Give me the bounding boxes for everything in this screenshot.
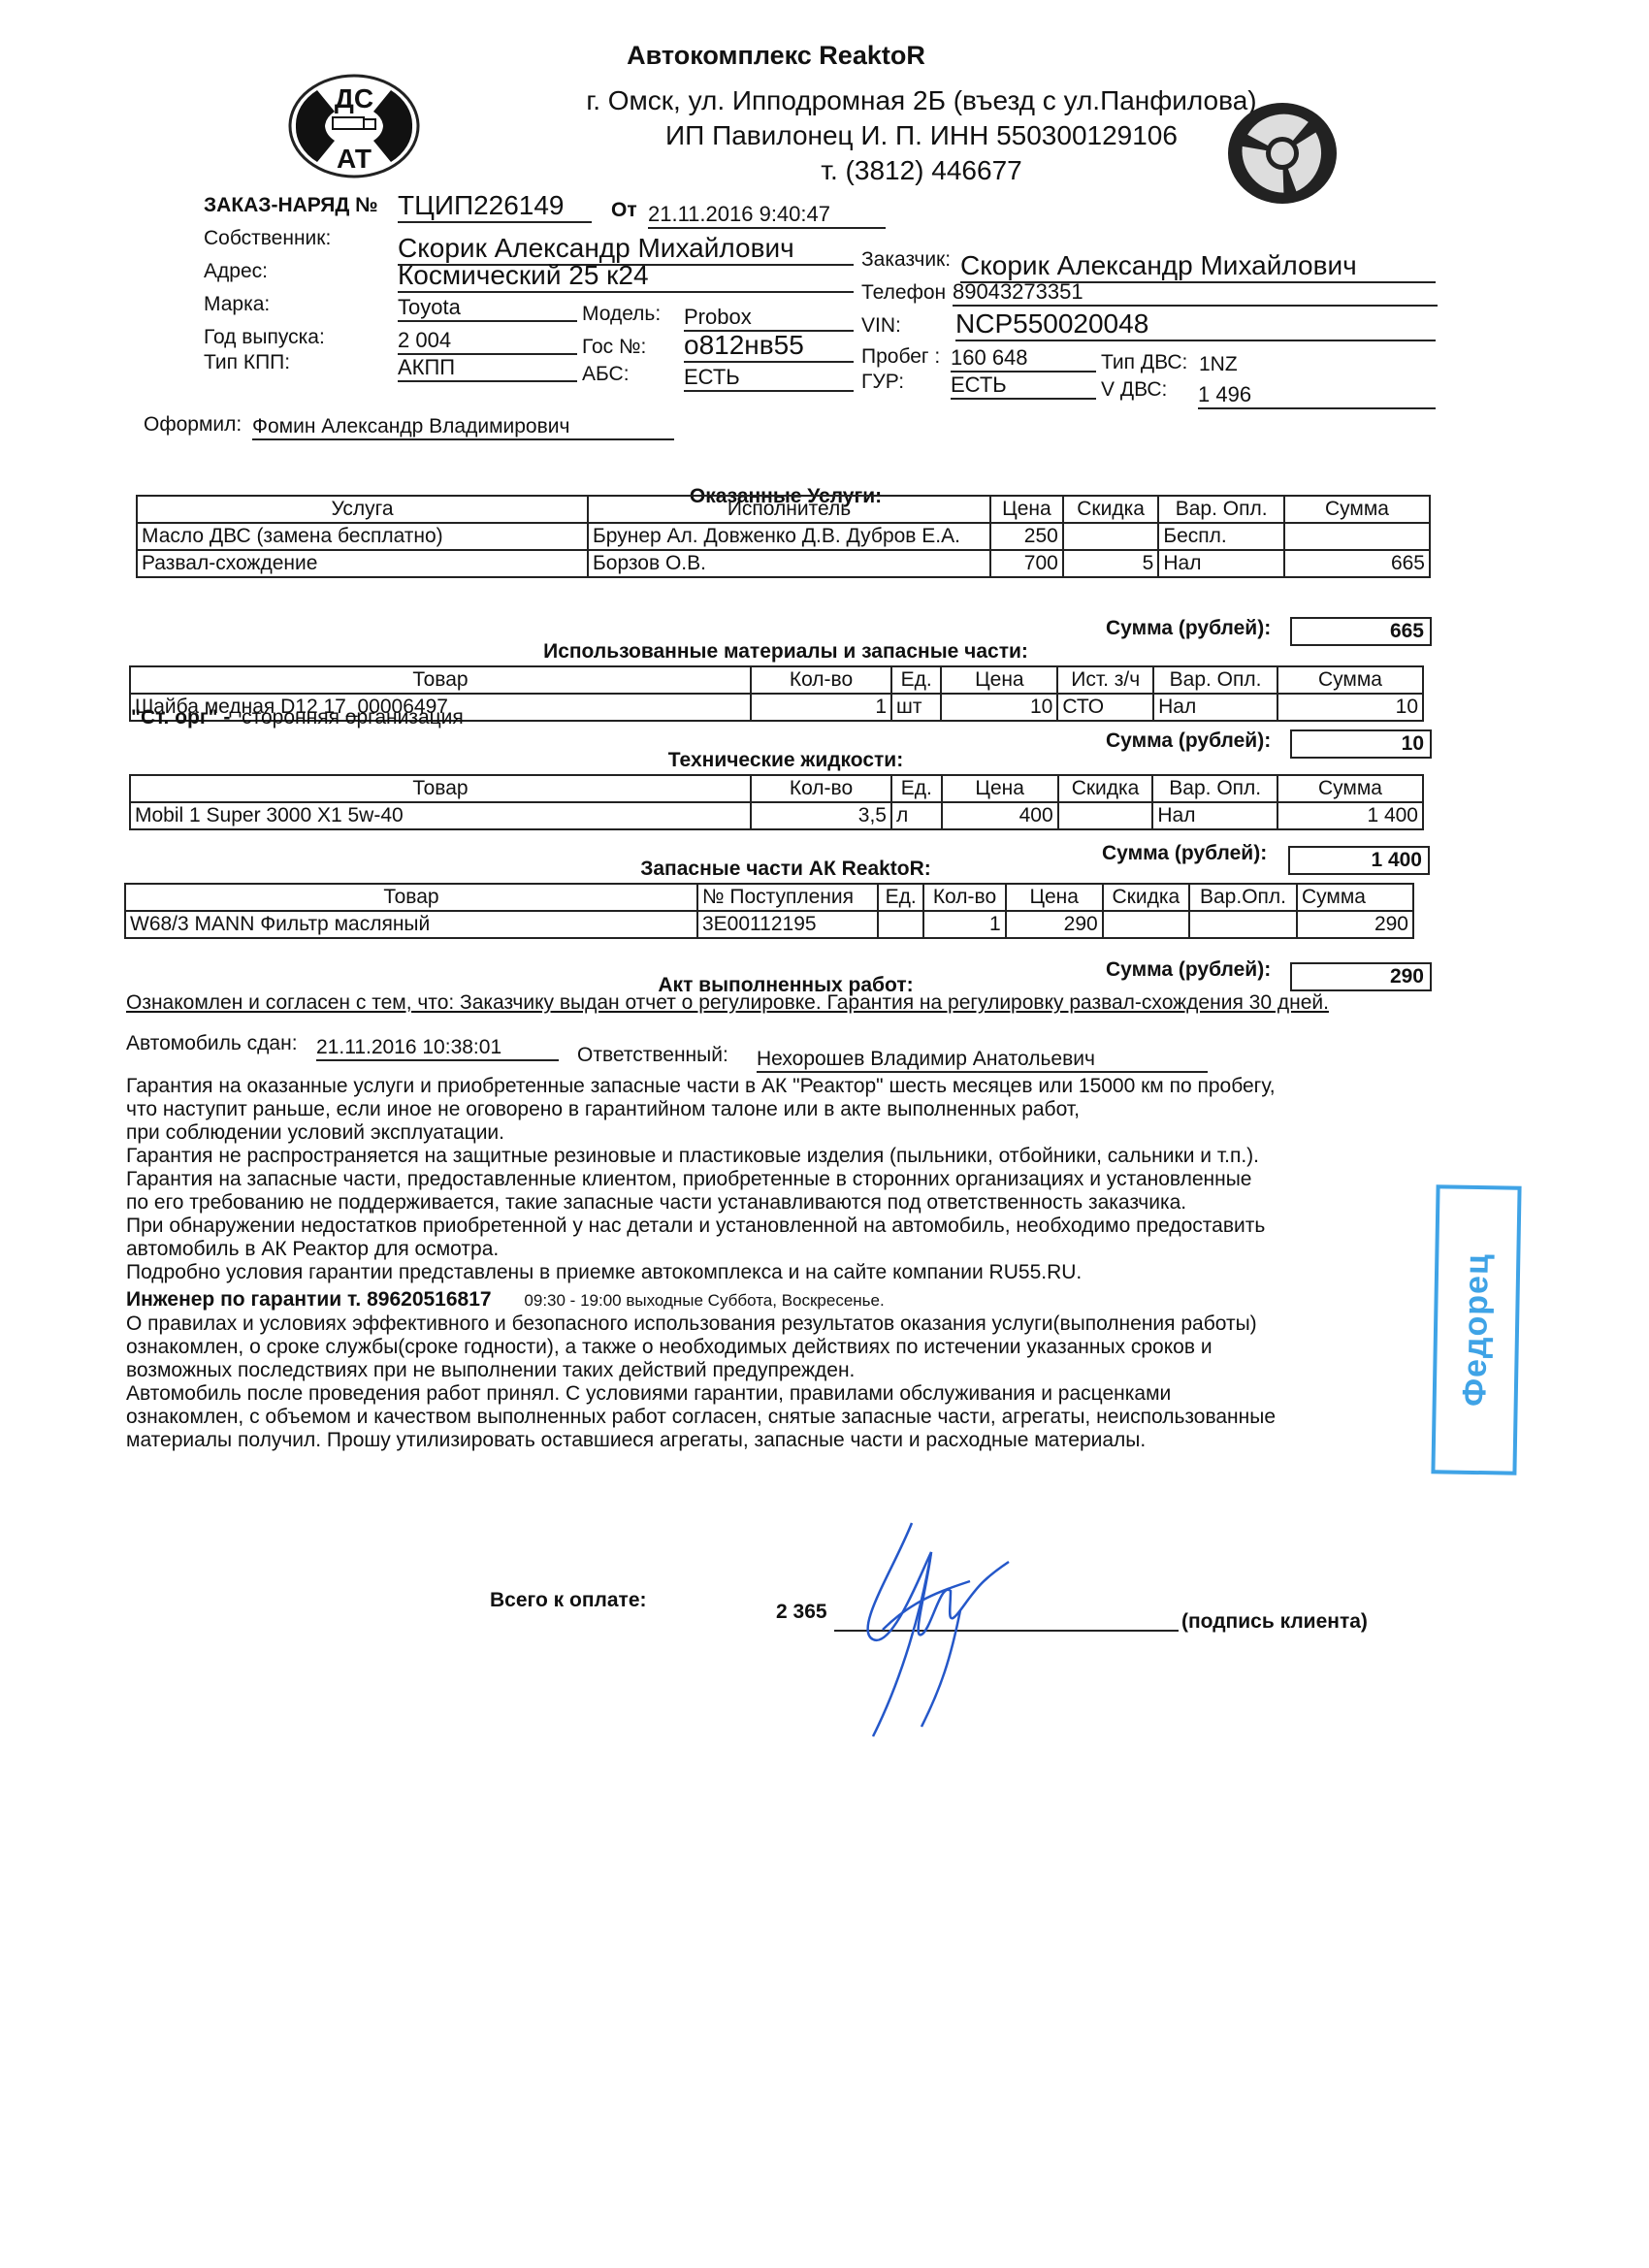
col-header: Услуга — [137, 496, 588, 523]
col-header: Цена — [990, 496, 1063, 523]
svg-text:АТ: АТ — [337, 144, 372, 174]
services-total: 665 — [1290, 617, 1432, 646]
parts-total-label: Сумма (рублей): — [1106, 958, 1271, 982]
vin-label: VIN: — [861, 314, 901, 338]
mileage-value: 160 648 — [951, 345, 1096, 373]
year-value: 2 004 — [398, 328, 577, 355]
gearbox-value: АКПП — [398, 355, 577, 382]
power-steering-label: ГУР: — [861, 371, 904, 394]
materials-title: Использованные материалы и запасные част… — [436, 640, 1135, 664]
stamp-text: Федорец — [1456, 1253, 1497, 1408]
owner-label: Собственник: — [204, 227, 331, 250]
fluids-title: Технические жидкости: — [582, 749, 989, 772]
col-header: Вар. Опл. — [1158, 496, 1284, 523]
engine-volume-label: V ДВС: — [1101, 378, 1167, 402]
plate-value: о812нв55 — [684, 330, 854, 363]
signature-label: (подпись клиента) — [1181, 1610, 1368, 1634]
engineer-phone: Инженер по гарантии т. 89620516817 — [126, 1288, 492, 1311]
col-header: Скидка — [1063, 496, 1159, 523]
col-header: Исполнитель — [588, 496, 990, 523]
table-row: Развал-схождение Борзов О.В. 700 5 Нал 6… — [137, 550, 1430, 577]
make-value: Toyota — [398, 295, 577, 322]
table-row: Масло ДВС (замена бесплатно) Брунер Ал. … — [137, 523, 1430, 550]
abs-label: АБС: — [582, 363, 630, 386]
order-label: ЗАКАЗ-НАРЯД № — [204, 194, 378, 217]
company-name: Автокомплекс ReaktoR — [0, 41, 1552, 71]
engine-type-label: Тип ДВС: — [1101, 351, 1187, 374]
address-value: Космический 25 к24 — [398, 260, 854, 293]
services-table: Услуга Исполнитель Цена Скидка Вар. Опл.… — [136, 495, 1431, 578]
gearbox-label: Тип КПП: — [204, 351, 290, 374]
engine-volume-value: 1 496 — [1198, 382, 1436, 409]
fluids-total-label: Сумма (рублей): — [1102, 842, 1267, 865]
mileage-label: Пробег : — [861, 345, 940, 369]
responsible-label: Ответственный: — [577, 1044, 728, 1067]
order-date: 21.11.2016 9:40:47 — [648, 202, 886, 229]
model-label: Модель: — [582, 303, 661, 326]
handed-label: Автомобиль сдан: — [126, 1032, 298, 1055]
company-logo-icon: ДС АТ — [286, 73, 422, 179]
grand-total-label: Всего к оплате: — [490, 1589, 647, 1612]
plate-label: Гос №: — [582, 336, 646, 359]
responsible-value: Нехорошев Владимир Анатольевич — [757, 1048, 1208, 1073]
svg-text:ДС: ДС — [335, 83, 373, 113]
parts-title: Запасные части АК ReaktoR: — [582, 858, 989, 881]
customer-label: Заказчик: — [861, 248, 951, 272]
abs-value: ЕСТЬ — [684, 365, 854, 392]
signature-icon — [815, 1513, 1086, 1746]
phone-label: Телефон — [861, 281, 946, 305]
materials-total-label: Сумма (рублей): — [1106, 729, 1271, 753]
stamp-box: Федорец — [1431, 1184, 1521, 1474]
engine-type-value: 1NZ — [1199, 353, 1238, 376]
make-label: Марка: — [204, 293, 270, 316]
fluids-total: 1 400 — [1288, 846, 1430, 875]
address-label: Адрес: — [204, 260, 268, 283]
table-row: W68/3 MANN Фильтр масляный 3E00112195 1 … — [125, 911, 1413, 938]
vin-value: NCP550020048 — [955, 308, 1436, 341]
model-value: Probox — [684, 305, 854, 332]
phone-value: 89043273351 — [953, 279, 1438, 307]
services-total-label: Сумма (рублей): — [1106, 617, 1271, 640]
power-steering-value: ЕСТЬ — [951, 373, 1096, 400]
fluids-table: Товар Кол-во Ед. Цена Скидка Вар. Опл. С… — [129, 774, 1424, 830]
issued-by-label: Оформил: — [144, 413, 242, 437]
handed-value: 21.11.2016 10:38:01 — [316, 1036, 559, 1061]
issued-by-value: Фомин Александр Владимирович — [252, 415, 674, 440]
working-hours: 09:30 - 19:00 выходные Суббота, Воскресе… — [524, 1291, 884, 1310]
reactor-logo-icon — [1224, 100, 1341, 207]
col-header: Сумма — [1284, 496, 1430, 523]
parts-total: 290 — [1290, 962, 1432, 991]
date-label: От — [611, 199, 637, 222]
customer-value: Скорик Александр Михайлович — [960, 250, 1436, 283]
parts-table: Товар № Поступления Ед. Кол-во Цена Скид… — [124, 883, 1414, 939]
materials-note: "Ст. орг" - сторонняя организация — [131, 706, 464, 729]
warranty-text: Гарантия на оказанные услуги и приобрете… — [126, 1075, 1416, 1452]
year-label: Год выпуска: — [204, 326, 325, 349]
act-agreement: Ознакомлен и согласен с тем, что: Заказч… — [126, 991, 1329, 1015]
order-number: ТЦИП226149 — [398, 190, 592, 223]
materials-total: 10 — [1290, 729, 1432, 759]
table-row: Mobil 1 Super 3000 X1 5w-40 3,5 л 400 На… — [130, 802, 1423, 829]
